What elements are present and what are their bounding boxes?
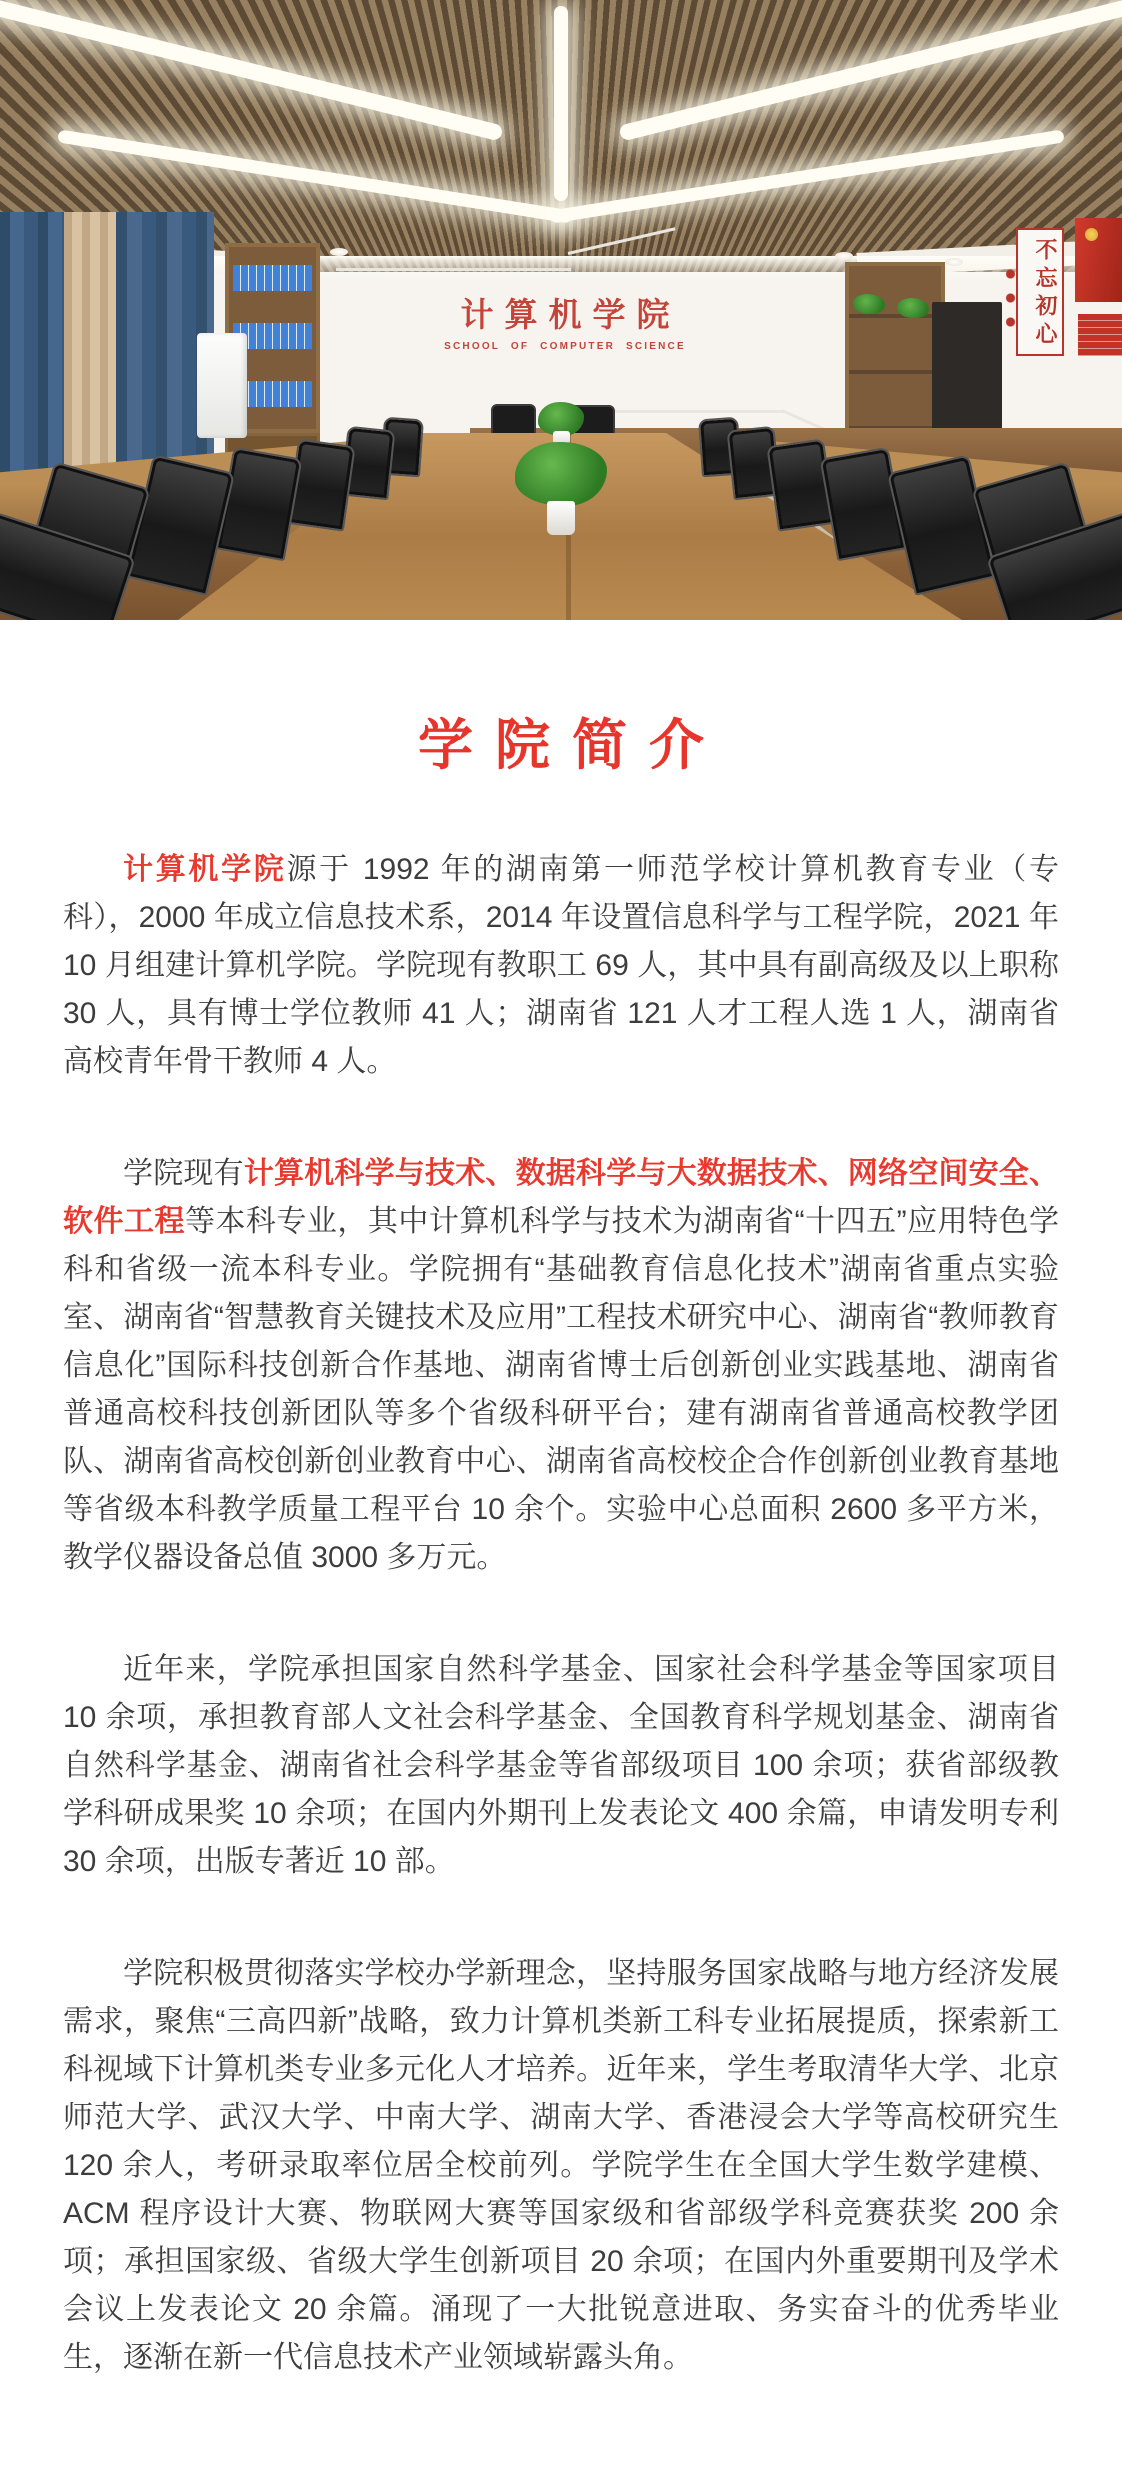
photo-table-plant	[515, 442, 607, 535]
photo-led-light-strip	[554, 6, 568, 201]
paragraph-text: 学院现有	[123, 1157, 244, 1190]
photo-plant-pot	[547, 501, 575, 535]
photo-red-flag	[1075, 218, 1122, 302]
photo-shelf-plant	[897, 298, 929, 318]
page: 计算机学院 SCHOOL OF COMPUTER SCIENCE 不忘初心	[0, 0, 1122, 2480]
conference-room-photo: 计算机学院 SCHOOL OF COMPUTER SCIENCE 不忘初心	[0, 0, 1122, 620]
photo-binder-row	[233, 265, 312, 291]
photo-table-plant	[538, 402, 584, 446]
photo-flag-emblem	[1085, 228, 1098, 241]
photo-chair	[491, 404, 536, 436]
paragraph-text: 学院积极贯彻落实学校办学新理念，坚持服务国家战略与地方经济发展需求，聚焦“三高四…	[63, 1957, 1059, 2374]
photo-ac-unit	[197, 333, 247, 438]
photo-wall-decor-line	[336, 268, 571, 271]
article-body: 计算机学院源于 1992 年的湖南第一师范学校计算机教育专业（专科），2000 …	[63, 846, 1059, 2480]
paragraph-text: 近年来，学院承担国家自然科学基金、国家社会科学基金等国家项目 10 余项，承担教…	[63, 1653, 1059, 1878]
highlight-college-name: 计算机学院	[123, 853, 286, 886]
photo-downlight	[330, 248, 348, 256]
photo-banner-text: 不忘初心	[1030, 238, 1061, 350]
paragraph-text: 等本科专业，其中计算机科学与技术为湖南省“十四五”应用特色学科和省级一流本科专业…	[63, 1205, 1059, 1574]
paragraph-students: 学院积极贯彻落实学校办学新理念，坚持服务国家战略与地方经济发展需求，聚焦“三高四…	[63, 1950, 1059, 2382]
paragraph-majors: 学院现有计算机科学与技术、数据科学与大数据技术、网络空间安全、软件工程等本科专业…	[63, 1150, 1059, 1582]
photo-shelf-plant	[853, 294, 885, 314]
paragraph-history: 计算机学院源于 1992 年的湖南第一师范学校计算机教育专业（专科），2000 …	[63, 846, 1059, 1086]
photo-sign-english: SCHOOL OF COMPUTER SCIENCE	[420, 341, 710, 352]
photo-downlight	[945, 258, 963, 266]
photo-sign-chinese: 计算机学院	[420, 297, 710, 333]
photo-party-banner: 不忘初心	[1016, 228, 1064, 356]
photo-door	[932, 302, 1002, 432]
paragraph-research: 近年来，学院承担国家自然科学基金、国家社会科学基金等国家项目 10 余项，承担教…	[63, 1646, 1059, 1886]
photo-plant-leaves	[515, 442, 607, 506]
photo-downlight	[835, 252, 853, 260]
photo-banner-dots	[1006, 268, 1015, 328]
paragraph-text: 源于 1992 年的湖南第一师范学校计算机教育专业（专科），2000 年成立信息…	[63, 853, 1059, 1078]
photo-red-text-panel	[1078, 314, 1122, 356]
page-title: 学院简介	[0, 716, 1122, 776]
